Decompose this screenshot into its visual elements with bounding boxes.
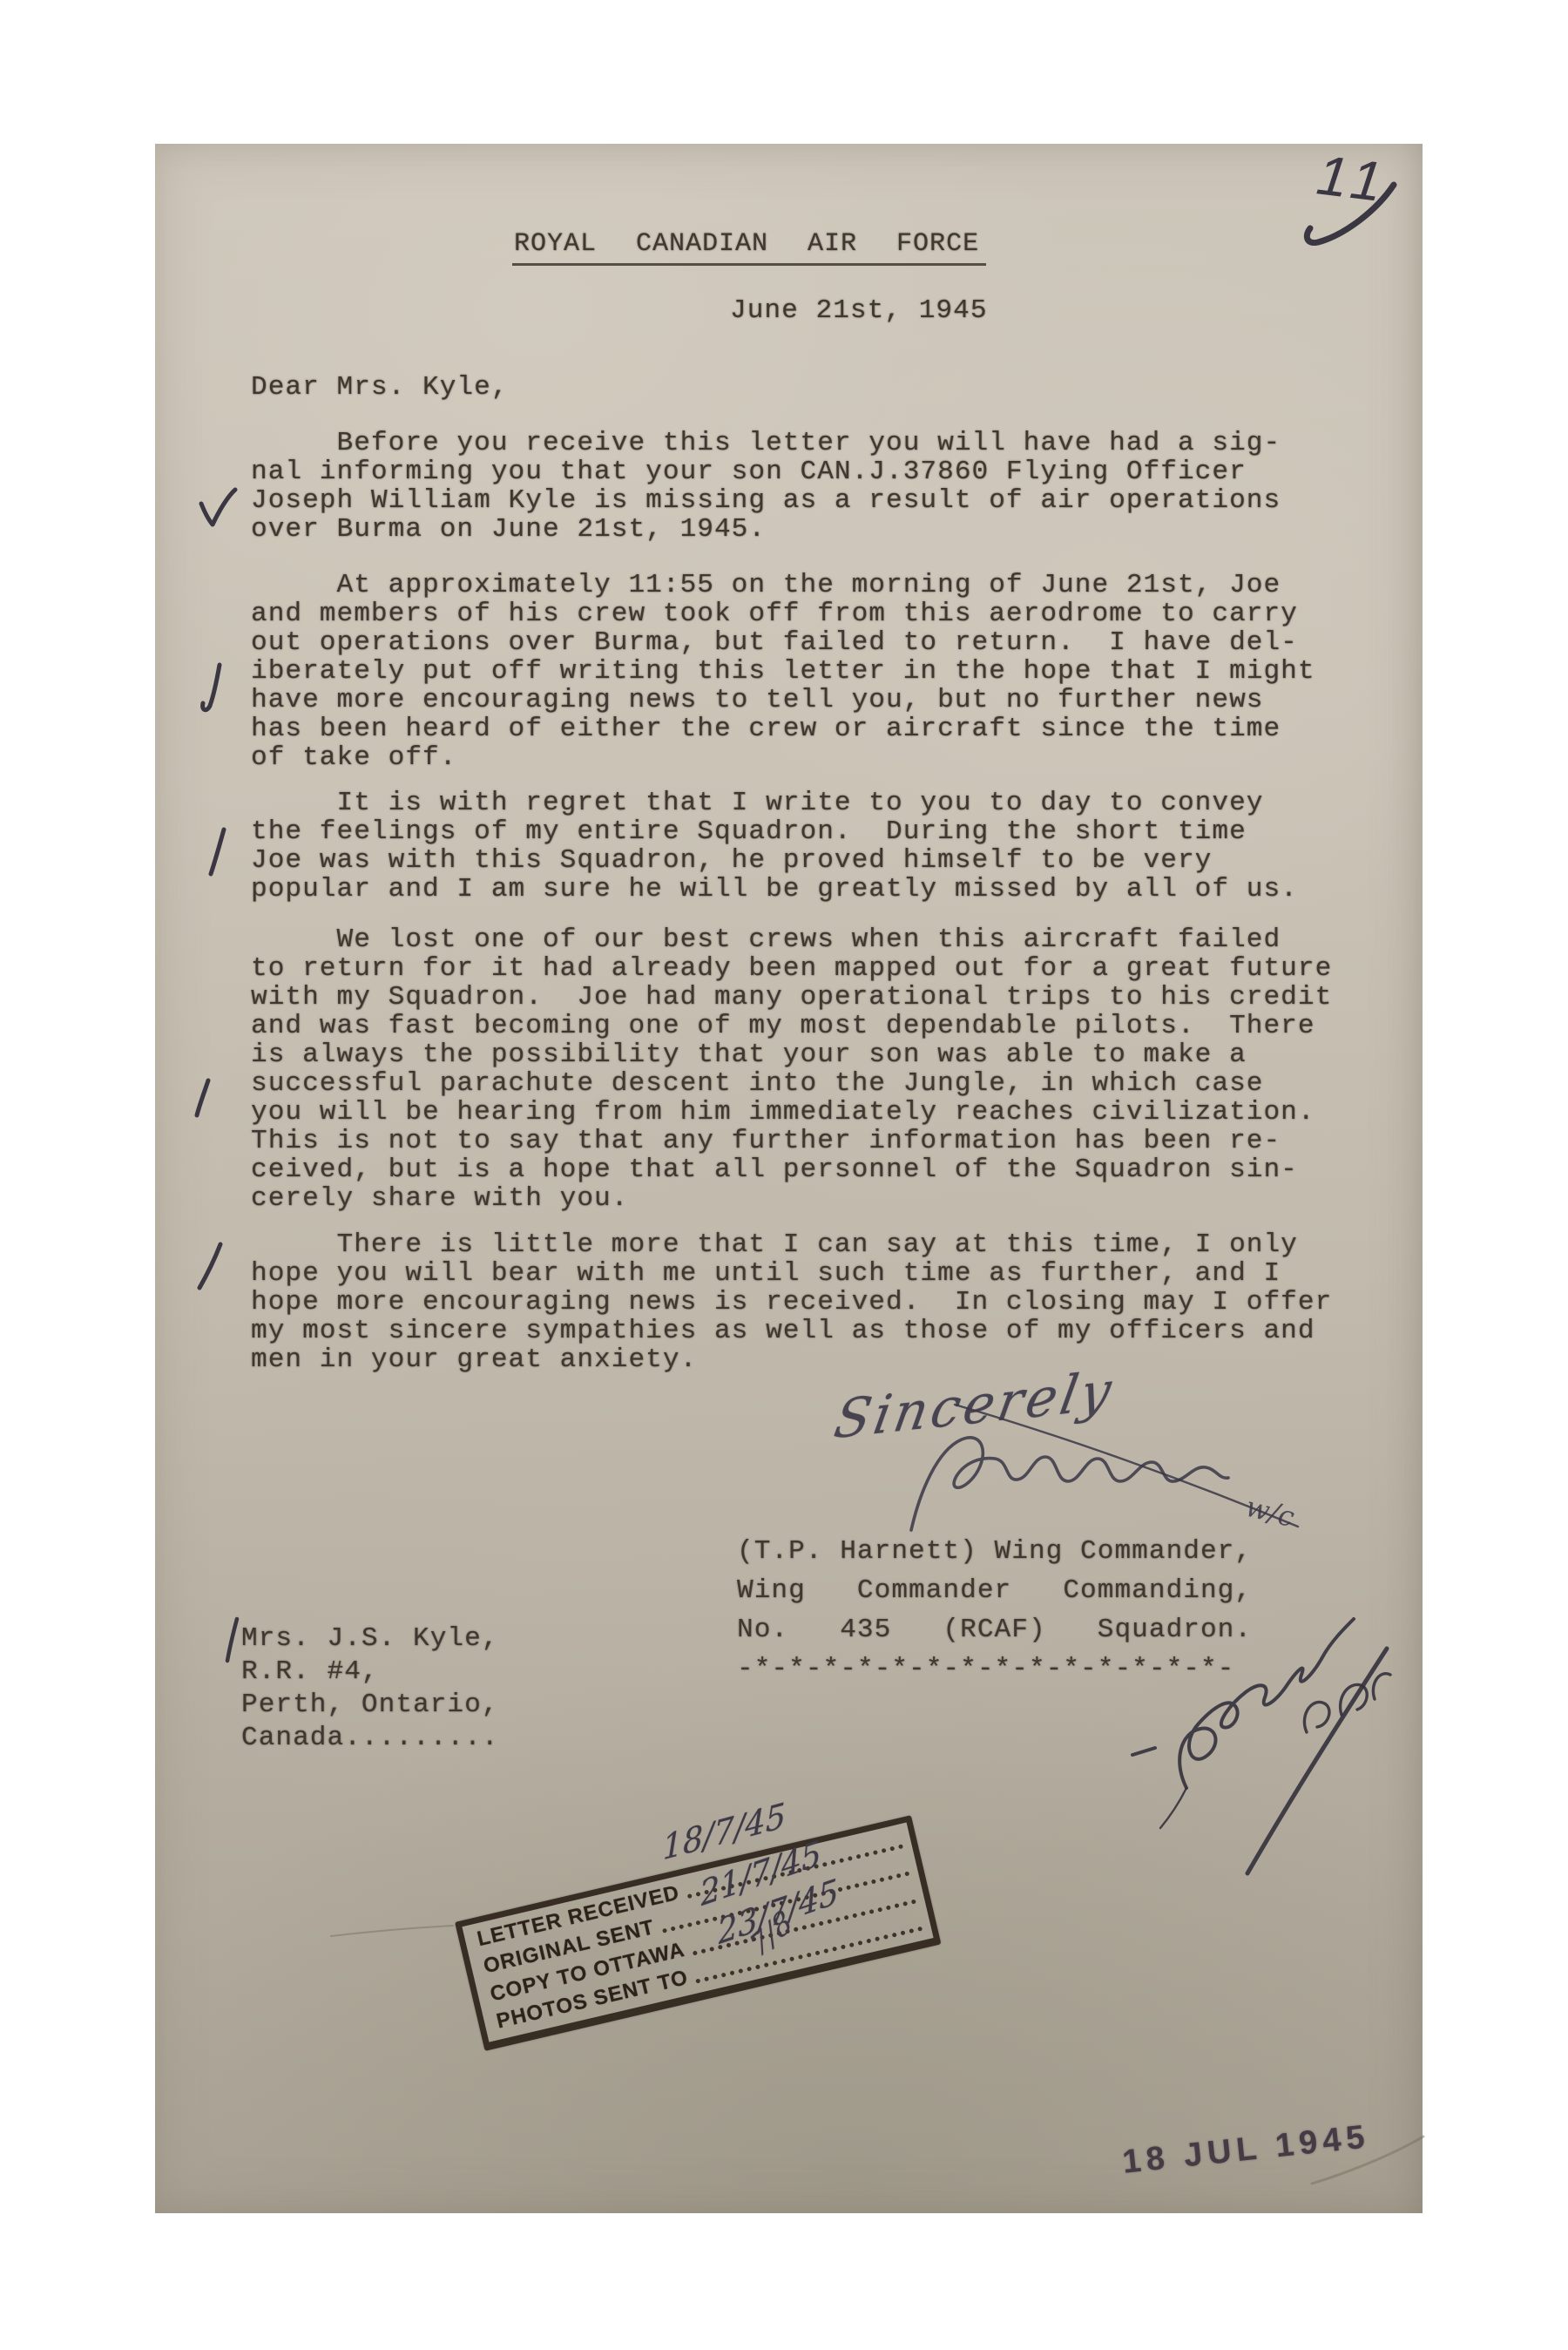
paragraph-1: Before you receive this letter you will … [251, 429, 1281, 544]
recipient-address: Mrs. J.S. Kyle, R.R. #4, Perth, Ontario,… [241, 1622, 499, 1755]
salutation: Dear Mrs. Kyle, [251, 373, 509, 402]
signatory-block: (T.P. Harnett) Wing Commander, Wing Comm… [737, 1532, 1252, 1689]
handwritten-page-number: 11 [1314, 142, 1393, 214]
paragraph-5: There is little more that I can say at t… [251, 1230, 1332, 1374]
letterhead-title: ROYAL CANADIAN AIR FORCE [512, 230, 986, 266]
paragraph-4: We lost one of our best crews when this … [251, 925, 1332, 1213]
scanned-letter-page: { "page": { "annotation_number": "11" },… [0, 0, 1568, 2350]
letter-date: June 21st, 1945 [730, 296, 988, 325]
paragraph-2: At approximately 11:55 on the morning of… [251, 571, 1315, 772]
paragraph-3: It is with regret that I write to you to… [251, 789, 1298, 904]
